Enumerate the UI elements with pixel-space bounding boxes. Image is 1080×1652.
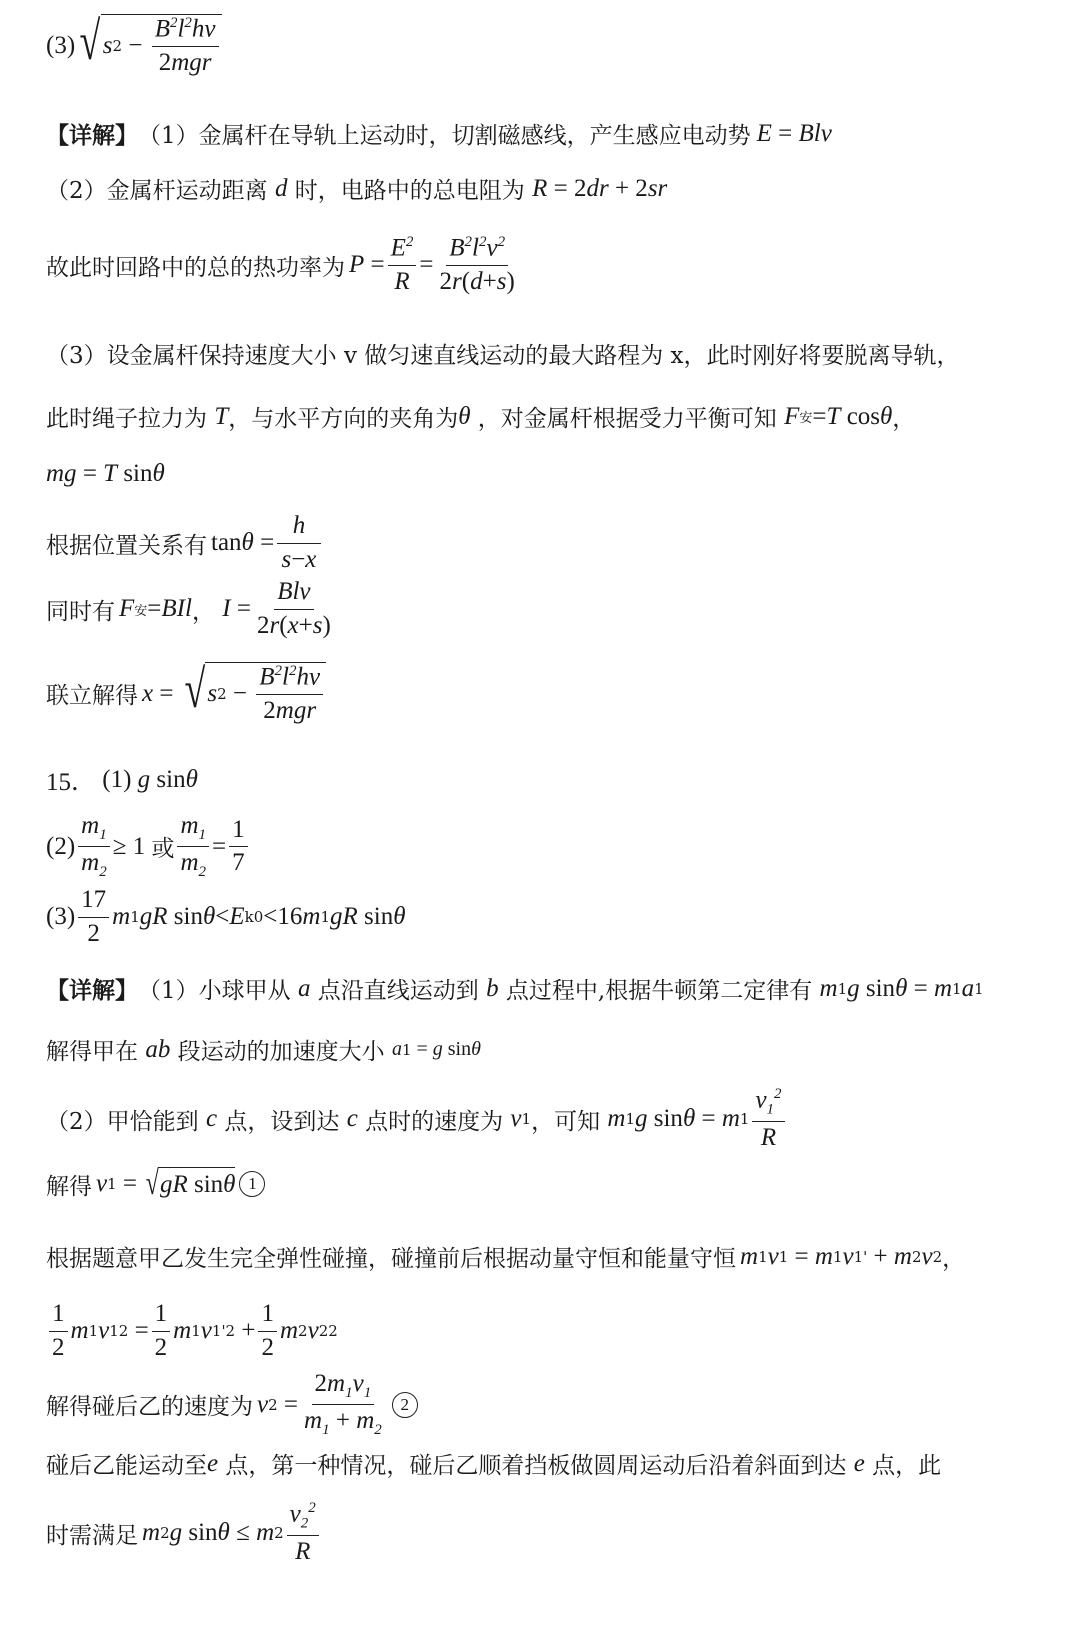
sqrt-expression: √ s2 − B2l2hv2mgr (75, 14, 221, 78)
q14-detail-p3: 故此时回路中的总的热功率为 P = E2R = B2l2v22r(d+s) (46, 234, 521, 297)
q15-detail-p1: 【详解】 （1）小球甲从 a 点沿直线运动到 b 点过程中,根据牛顿第二定律有 … (46, 972, 984, 1005)
q14-detail-p1: 【详解】 （1）金属杆在导轨上运动时，切割磁感线，产生感应电动势 E = Blv (46, 117, 832, 150)
q14-detail-p7: 根据位置关系有 tanθ = h s−x (46, 512, 324, 575)
q15-answer-3: (3) 172 m1gR sinθ<Ek0<16m1gR sinθ (46, 886, 406, 949)
q15-detail-p3: （2）甲恰能到 c 点，设到达 c 点时的速度为 v1，可知 m1g sinθ … (46, 1086, 788, 1152)
q15-detail-p9: 时需满足 m2g sinθ ≤ m2 v22R (46, 1500, 322, 1566)
q15-detail-p8: 碰后乙能运动至e 点，第一种情况，碰后乙顺着挡板做圆周运动后沿着斜面到达 e 点… (46, 1447, 941, 1480)
q14-detail-p5: 此时绳子拉力为 T，与水平方向的夹角为θ ，对金属杆根据受力平衡可知 F安=T … (46, 400, 915, 433)
q15-answer-2: (2) m1m2 ≥ 1 或 m1m2 = 17 (46, 812, 251, 882)
q14-detail-p6: mg = T sinθ (46, 460, 165, 488)
q14-detail-p4: （3）设金属杆保持速度大小 v 做匀速直线运动的最大路程为 x，此时刚好将要脱离… (46, 337, 960, 370)
q15-detail-p6: 12m1v12 = 12m1v1'2 + 12m2v22 (46, 1300, 338, 1363)
q15-detail-p5: 根据题意甲乙发生完全弹性碰撞，碰撞前后根据动量守恒和能量守恒 m1v1 = m1… (46, 1240, 965, 1273)
q14-answer-3: (3) √ s2 − B2l2hv2mgr (46, 14, 222, 78)
q14-detail-p2: （2）金属杆运动距离 d 时，电路中的总电阻为 R = 2dr + 2sr (46, 172, 667, 205)
circled-number-2: 2 (392, 1392, 418, 1418)
circled-number-1: 1 (239, 1171, 265, 1197)
answer-label: (3) (46, 32, 75, 60)
q15-detail-p2: 解得甲在 ab 段运动的加速度大小 a1 = g sinθ (46, 1033, 481, 1066)
q14-detail-p8: 同时有 F安=BIl， I = Blv2r(x+s) (46, 578, 337, 641)
q15-detail-p7: 解得碰后乙的速度为 v2 = 2m1v1m1 + m2 2 (46, 1370, 418, 1440)
q15-answer-1: 15． (1) g sinθ (46, 762, 198, 798)
q14-detail-p9: 联立解得 x = √ s2 − B2l2hv2mgr (46, 662, 326, 726)
q15-detail-p4: 解得 v1 = √gR sinθ 1 (46, 1167, 265, 1201)
